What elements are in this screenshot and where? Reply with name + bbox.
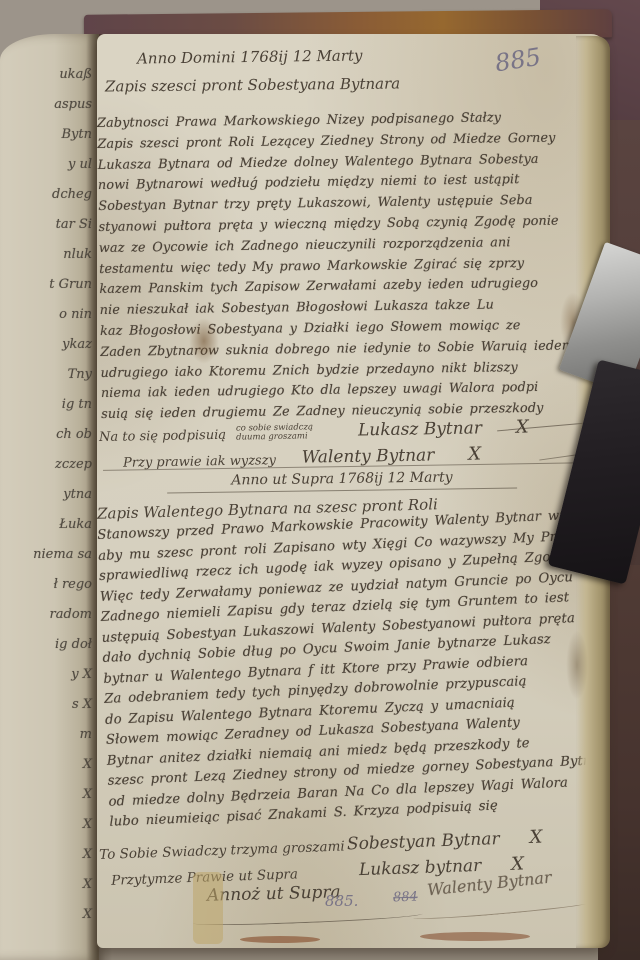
table-stain: [420, 932, 530, 941]
page-number-pencil: 885: [493, 43, 543, 78]
signature-label: To Sobie Swiadczy trzyma groszami: [99, 838, 347, 863]
entry1-title: Zapis szesci pront Sobestyana Bytnara: [105, 74, 400, 95]
text-fragment: X: [0, 900, 99, 930]
entry2-closing-line: Annoż ut Supra: [207, 882, 341, 905]
text-fragment: X: [0, 870, 99, 900]
text-fragment: X: [0, 840, 99, 870]
signature-cross-mark: X: [529, 827, 543, 848]
text-fragment: ig doł: [0, 630, 99, 660]
text-fragment: zczep: [0, 450, 99, 480]
text-fragment: dcheg: [0, 180, 99, 210]
text-fragment: o nin: [0, 300, 99, 330]
text-fragment: y X: [0, 660, 99, 690]
table-stain: [240, 936, 320, 943]
signature-name: Lukasz Bytnar: [358, 418, 482, 440]
entry1-date-line: Anno Domini 1768ij 12 Marty: [137, 46, 363, 67]
footer-crossed-number: 884: [393, 890, 418, 906]
manuscript-photo: ukaßaspusBytny uldchegtar Sinlukt Gruno …: [0, 0, 640, 960]
text-fragment: m: [0, 720, 99, 750]
text-fragment: aspus: [0, 90, 99, 120]
paper-patch: [193, 872, 223, 944]
text-fragment: niema sa: [0, 540, 99, 570]
text-fragment: tar Si: [0, 210, 99, 240]
ink-flourish-line: [193, 910, 423, 927]
signature-label: Na to się podpisuią: [99, 428, 226, 445]
text-fragment: X: [0, 780, 99, 810]
text-fragment: radom: [0, 600, 99, 630]
footer-page-number-pencil: 885.: [325, 892, 358, 910]
ink-flourish-line: [413, 898, 593, 922]
text-fragment: ig tn: [0, 390, 99, 420]
signature-cross-mark: X: [468, 444, 481, 465]
ink-stain: [189, 318, 219, 364]
text-fragment: Tny: [0, 360, 99, 390]
text-fragment: Bytn: [0, 120, 99, 150]
paper-stain: [566, 630, 588, 700]
text-fragment: ł rego: [0, 570, 99, 600]
text-fragment: y ul: [0, 150, 99, 180]
signature-note: co sobie swiadczą duuma groszami: [236, 423, 328, 442]
text-fragment: ch ob: [0, 420, 99, 450]
facing-page-edge: ukaßaspusBytny uldchegtar Sinlukt Gruno …: [0, 34, 99, 960]
text-fragment: Łuka: [0, 510, 99, 540]
text-fragment: ykaz: [0, 330, 99, 360]
text-fragment: ytna: [0, 480, 99, 510]
text-fragment: ukaß: [0, 60, 99, 90]
text-fragment: s X: [0, 690, 99, 720]
entry1-closing-line: Anno ut Supra 1768ij 12 Marty: [167, 469, 517, 494]
text-fragment: X: [0, 810, 99, 840]
entry1-body: Zabytnosci Prawa Markowskiego Nizey podp…: [97, 107, 569, 425]
facing-page-text: ukaßaspusBytny uldchegtar Sinlukt Gruno …: [0, 34, 99, 930]
signature-name: Sobestyan Bytnar: [347, 829, 500, 854]
entry2-body: Stanowszy przed Prawo Markowskie Pracowi…: [97, 506, 577, 833]
text-fragment: X: [0, 750, 99, 780]
text-fragment: t Grun: [0, 270, 99, 300]
manuscript-page: 885 Anno Domini 1768ij 12 Marty Zapis sz…: [97, 34, 607, 948]
text-fragment: nluk: [0, 240, 99, 270]
